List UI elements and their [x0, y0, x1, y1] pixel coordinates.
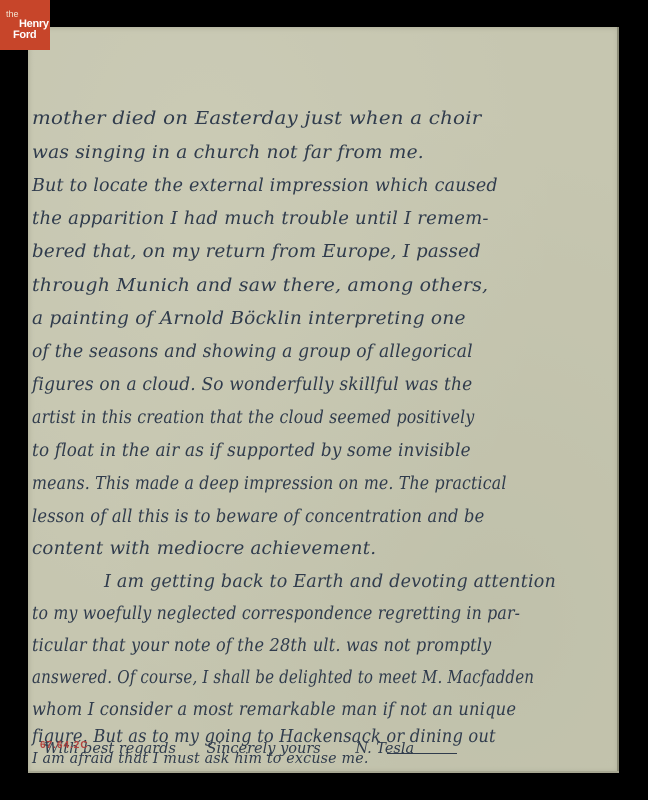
signature-text: N. Tesla	[355, 741, 414, 757]
signature: N. Tesla	[355, 741, 414, 757]
letter-closing: With best regards Sincerely yours N. Tes…	[44, 741, 414, 757]
handwritten-line: through Munich and saw there, among othe…	[32, 276, 488, 296]
handwritten-line: to float in the air as if supported by s…	[32, 441, 471, 461]
signature-flourish	[387, 753, 457, 754]
accession-number: 67.64.2C	[40, 740, 89, 751]
handwritten-line: I am getting back to Earth and devoting …	[104, 572, 556, 592]
handwritten-line: mother died on Easterday just when a cho…	[32, 109, 481, 129]
closing-sincerely: Sincerely yours	[207, 741, 321, 757]
letter-body: mother died on Easterday just when a cho…	[28, 27, 619, 773]
logo-henry: Henry	[19, 19, 49, 30]
handwritten-line: whom I consider a most remarkable man if…	[32, 700, 516, 720]
handwritten-line: artist in this creation that the cloud s…	[32, 408, 474, 428]
handwritten-line: figures on a cloud. So wonderfully skill…	[32, 375, 472, 395]
handwritten-line: bered that, on my return from Europe, I …	[32, 242, 481, 262]
handwritten-line: of the seasons and showing a group of al…	[32, 342, 473, 362]
handwritten-line: a painting of Arnold Böcklin interpretin…	[32, 309, 466, 329]
handwritten-line: to my woefully neglected correspondence …	[32, 604, 520, 624]
handwritten-line: was singing in a church not far from me.	[32, 143, 424, 163]
handwritten-line: But to locate the external impression wh…	[32, 176, 498, 196]
handwritten-line: lesson of all this is to beware of conce…	[32, 507, 484, 527]
logo-ford: Ford	[13, 30, 36, 41]
handwritten-line: content with mediocre achievement.	[32, 539, 376, 559]
henry-ford-logo: the Henry Ford	[0, 0, 50, 50]
logo-the: the	[6, 10, 19, 19]
handwritten-line: means. This made a deep impression on me…	[32, 474, 507, 494]
handwritten-line: answered. Of course, I shall be delighte…	[32, 668, 534, 688]
handwritten-line: ticular that your note of the 28th ult. …	[32, 636, 491, 656]
handwritten-line: the apparition I had much trouble until …	[32, 209, 489, 229]
letter-page: mother died on Easterday just when a cho…	[28, 27, 619, 773]
